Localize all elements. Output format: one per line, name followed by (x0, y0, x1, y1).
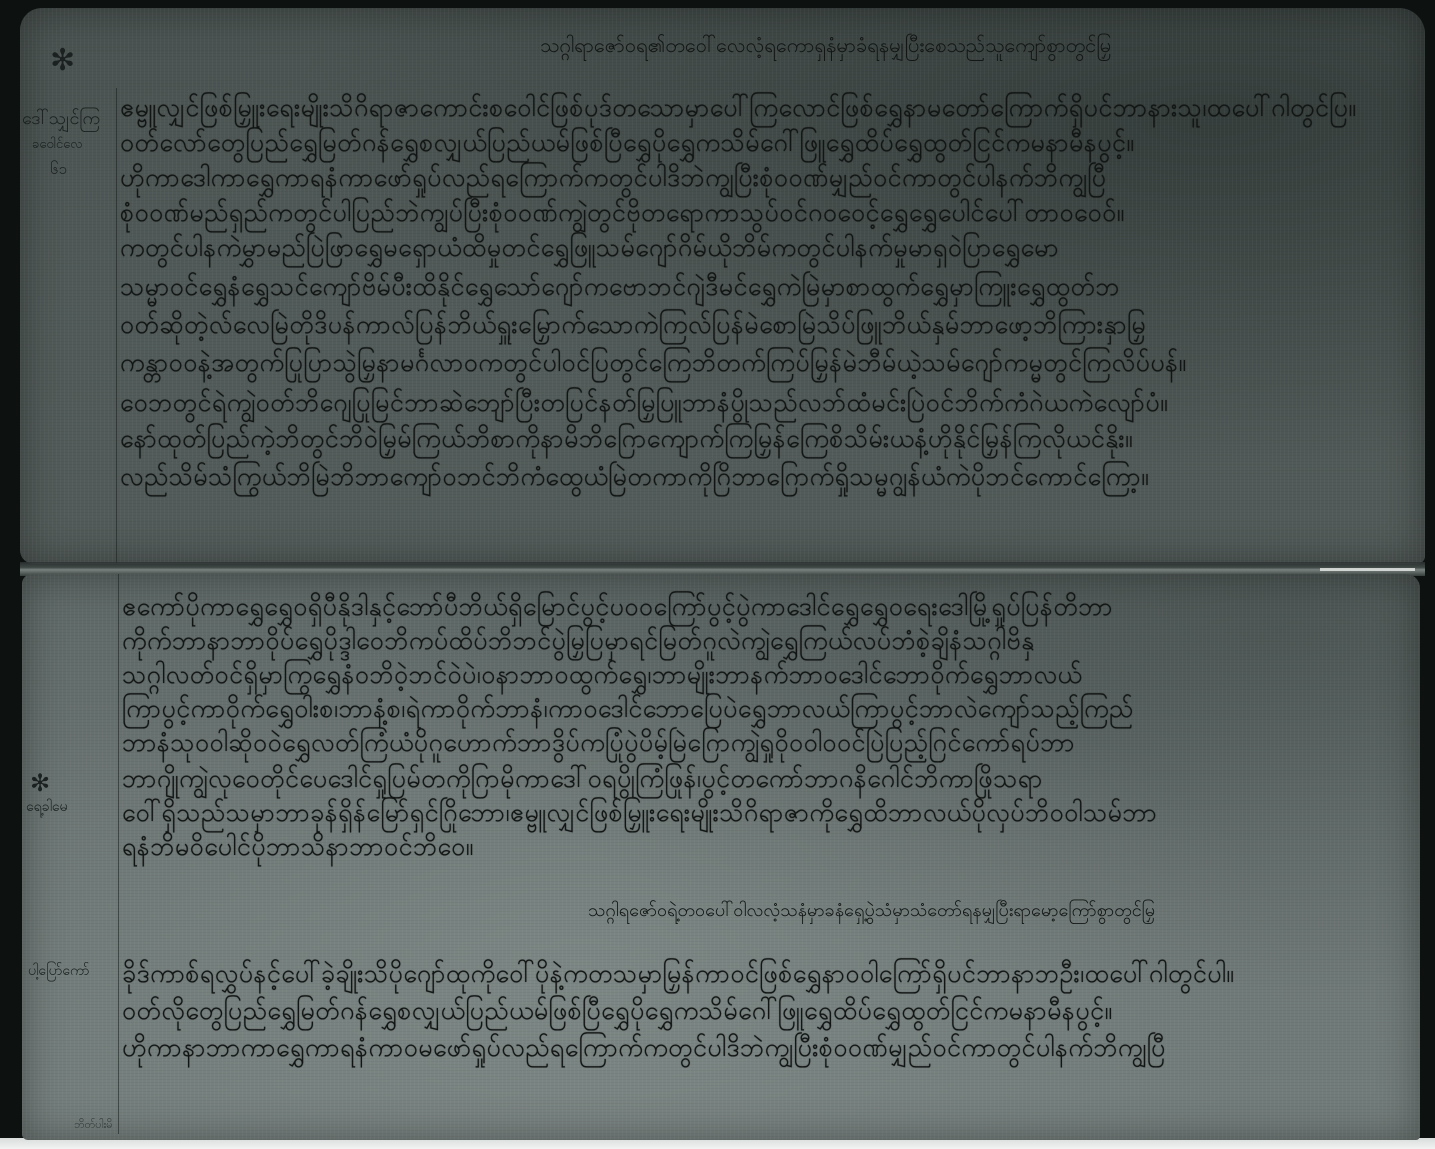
text-line: ဧကော်ပိုကာရွှေရွှေဝရှိပီနိုဒါနှင့်ဘော်ပီ… (122, 590, 1113, 624)
text-line: ဟိုကာဒေါကာရွှေကာရနံကာဖော်ရှုပ်လည်ရကြောက်… (120, 161, 1106, 195)
text-line: ဝတ်လော်တွေပြည်ရွှေမြတ်ဂန်ရွှေစလျှယ်ပြည်ယ… (120, 126, 1134, 160)
margin-rule-line (118, 574, 119, 1134)
text-line: ဘာနံသုဝဝါဆိုဝဝဲရွှေလတ်ကြံယံပိုဂူဟောက်ဘာဒ… (122, 726, 1075, 760)
text-line: ဟိုကာနာဘာကာရွှေကာရနံကာဝမဖော်ရှုပ်လည်ရကြေ… (122, 1031, 1166, 1065)
text-line: ဝေါ်ရှိသည်သမှာဘာခုန်ရှိန်မြော်ရှင်ဂြိုဘေ… (122, 796, 1157, 830)
text-line: ကြာပွင့်ကာဝိုက်ရွှေဝါးစ၊ဘာနံ့စ၊ရဲကာဝိုက်… (122, 692, 1134, 726)
asterisk-ornament-icon: ✻ (30, 768, 50, 798)
manuscript-lower-folio: ဧကော်ပိုကာရွှေရွှေဝရှိပီနိုဒါနှင့်ဘော်ပီ… (22, 574, 1420, 1140)
manuscript-upper-folio: ✻ ဒေါ်သျှင်ကြ ခဝေါင်လေ ၆၁ သဂ္ဂါရာဇော်ဝရ၏… (20, 8, 1425, 564)
margin-annotation-line2: ခဝေါင်လေ (32, 134, 82, 156)
margin-annotation: ပါ့ပြော်ကော် (28, 960, 89, 982)
section-header-line: သဂ္ဂါရဇော်ဝရဲ့တဝပေါ်ဝါလလံ့သနံမှာခနံရှေ့ပ… (588, 896, 1155, 926)
text-line: ဘာဂျိုကျွဲလုဝေတိုင်ပေဒေါင်ရှုပြမ်တကိုဂြာ… (122, 762, 1043, 796)
margin-annotation-line1: ဒေါ်သျှင်ကြ (22, 108, 100, 130)
margin-annotation: ရေ့ခါမေ (26, 796, 68, 818)
fold-highlight (1320, 568, 1415, 571)
text-line: သဂ္ဂါလတ်ဝင်ရှိမှာကြွရွှေနံဝဘိဝဲ့ဘင်ဝဲပဲ၊… (122, 658, 1082, 692)
text-line: ဝေဘတွင်ရဲကျွဲဝတ်ဘိဂျေပြုမြင်ဘာဆဲဘျော်ပြီ… (120, 386, 1168, 420)
text-line: လည်သိမ်သံကြွယ်ဘိမြဲဘိဘာကျော်ဝဘင်ဘိကံထွေယ… (120, 460, 1149, 494)
text-line: ဝတ်ဆိုတဲ့လ်လေမြဲတိုဒိပန်ကာလ်ပြန်ဘိယ်ရှူး… (120, 308, 1146, 342)
margin-annotation-line3: ၆၁ (50, 158, 67, 180)
folio-header-line: သဂ္ဂါရာဇော်ဝရ၏တဝေါ်လေလံ့ရကောရှနံမှာခံရနမ… (540, 30, 1111, 60)
text-line: ရနံဘိမဝိပေါင်ပိုဘာသိနာဘာဝင်ဘိဝေ။ (122, 830, 474, 864)
text-line: သမ္မာဝင်ရွှေနံရွှေသင်ကျော်ဗိမ်ပီးထိနိုင်… (120, 270, 1120, 304)
text-line: ကိုက်ဘာနာဘာဝိုပ်ရွှေပိုဒ္ဒါဝေဘိကပ်ထိပ်ဘိ… (122, 624, 1035, 658)
text-line: ဧမ္ဗူလျှင်ဖြစ်မြှူးရေးမျိုးသိဂိရာဇာကောင်… (120, 91, 1356, 125)
text-line: ဝတ်လိုတွေပြည်ရွှေမြတ်ဂန်ရွှေစလျှယ်ပြည်ယမ… (122, 994, 1113, 1028)
footer-annotation: ဘိတ်ပါးမိ (74, 1114, 113, 1136)
asterisk-ornament-icon: ✻ (50, 46, 75, 76)
text-line: နော်ထုတ်ပြည်ကဲ့ဘိတွင်ဘိဝဲမြှမ်ကြယ်ဘိစာကိ… (120, 422, 1133, 456)
text-line: စုံဝဝဏ်မည်ရှည်ကတွင်ပါပြည်ဘဲကျွပ်ပြီးစုံဝ… (120, 196, 1125, 230)
text-line: ကတွင်ပါနကဲမွှာမည်ပြဲဖြာရွှေမရှောယံထိမှုတ… (120, 231, 1059, 265)
margin-rule-line (116, 88, 117, 564)
text-line: ခိုဒ်ကာစ်ရလွှပ်နင့်ပေါ်ခဲ့ချိုးသိပိုဂျော… (122, 957, 1234, 991)
text-line: ကန္တာဝဝနဲ့အတွက်ပြုပြာသွဲမြှနာမင်္ဂလာဝကတွ… (120, 346, 1187, 380)
